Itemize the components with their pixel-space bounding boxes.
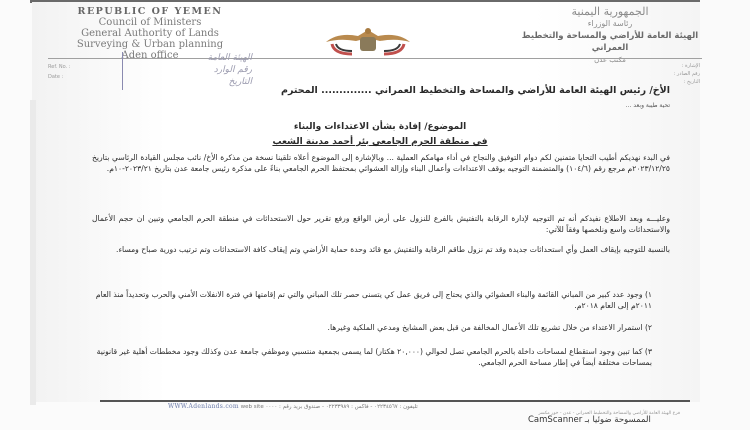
- ref-fields-right: الإشارة : رقم الصادر : التاريخ :: [640, 62, 700, 86]
- subject-line-1: الموضوع/ إفادة بشأن الاعتداءات والبناء: [200, 120, 560, 135]
- finding-item-1: ١) وجود عدد كبير من المباني القائمة والب…: [92, 289, 652, 312]
- letterhead-department: Surveying & Urban planning: [40, 39, 260, 50]
- greeting: تحية طيبة وبعد ...: [500, 102, 670, 109]
- footer-divider: [100, 400, 690, 402]
- footer-website: WWW.Adenlands.com: [168, 403, 239, 410]
- date-label: Date :: [48, 72, 70, 82]
- subject-line-2: في منطقة الحرم الجامعي بئر أحمد مدينة ال…: [200, 135, 560, 150]
- arabic-letterhead: الجمهورية اليمنية رئاسة الوزراء الهيئة ا…: [510, 6, 710, 66]
- finding-item-2: ٢) استمرار الاعتداء من خلال تشريع تلك ال…: [92, 322, 652, 333]
- addressee: الأخ/ رئيس الهيئة العامة للأراضي والمساح…: [110, 85, 670, 96]
- outgoing-no-label: رقم الصادر :: [640, 70, 700, 78]
- stamp-line: رقم الوارد: [129, 64, 252, 76]
- camscanner-watermark: الممسوحة ضوئيا بـ CamScanner: [528, 415, 651, 425]
- ref-fields-left: Ref. No. : Date :: [48, 62, 70, 82]
- yemen-emblem-icon: [318, 22, 418, 56]
- paragraph-action: بالنسبة للتوجيه بإيقاف العمل وأي استحداث…: [92, 244, 670, 255]
- letterhead-ar-country: الجمهورية اليمنية: [510, 6, 710, 18]
- footer-phone: تليفون : ٠٢٢٣٤٥٦٧ - فاكس : ٠٢٢٣٣٩٨٩ - صن…: [265, 404, 417, 410]
- page-shadow: [30, 100, 36, 405]
- stamp-line: الهيئة العامة: [129, 52, 252, 64]
- footer-website-label: web site: [241, 404, 264, 410]
- ref-no-label: Ref. No. :: [48, 62, 70, 72]
- subject: الموضوع/ إفادة بشأن الاعتداءات والبناء ف…: [200, 120, 560, 150]
- finding-item-3: ٣) كما تبين وجود استقطاع لمساحات داخلة ب…: [92, 346, 652, 369]
- letterhead-ar-authority: الهيئة العامة للأراضي والمساحة والتخطيط …: [510, 30, 710, 54]
- letterhead-authority: General Authority of Lands: [40, 28, 260, 39]
- footer-contact: WWW.Adenlands.com web site تليفون : ٠٢٢٣…: [168, 403, 688, 410]
- letterhead-council: Council of Ministers: [40, 17, 260, 28]
- letterhead-country: REPUBLIC OF YEMEN: [40, 6, 260, 17]
- paragraph-findings: وعليـــه وبعد الاطلاع نفيدكم أنه تم التو…: [92, 213, 670, 236]
- paragraph-intro: في البدء نهديكم أطيب التحايا متمنين لكم …: [92, 152, 670, 175]
- letterhead-ar-council: رئاسة الوزراء: [510, 18, 710, 30]
- reference-label: الإشارة :: [640, 62, 700, 70]
